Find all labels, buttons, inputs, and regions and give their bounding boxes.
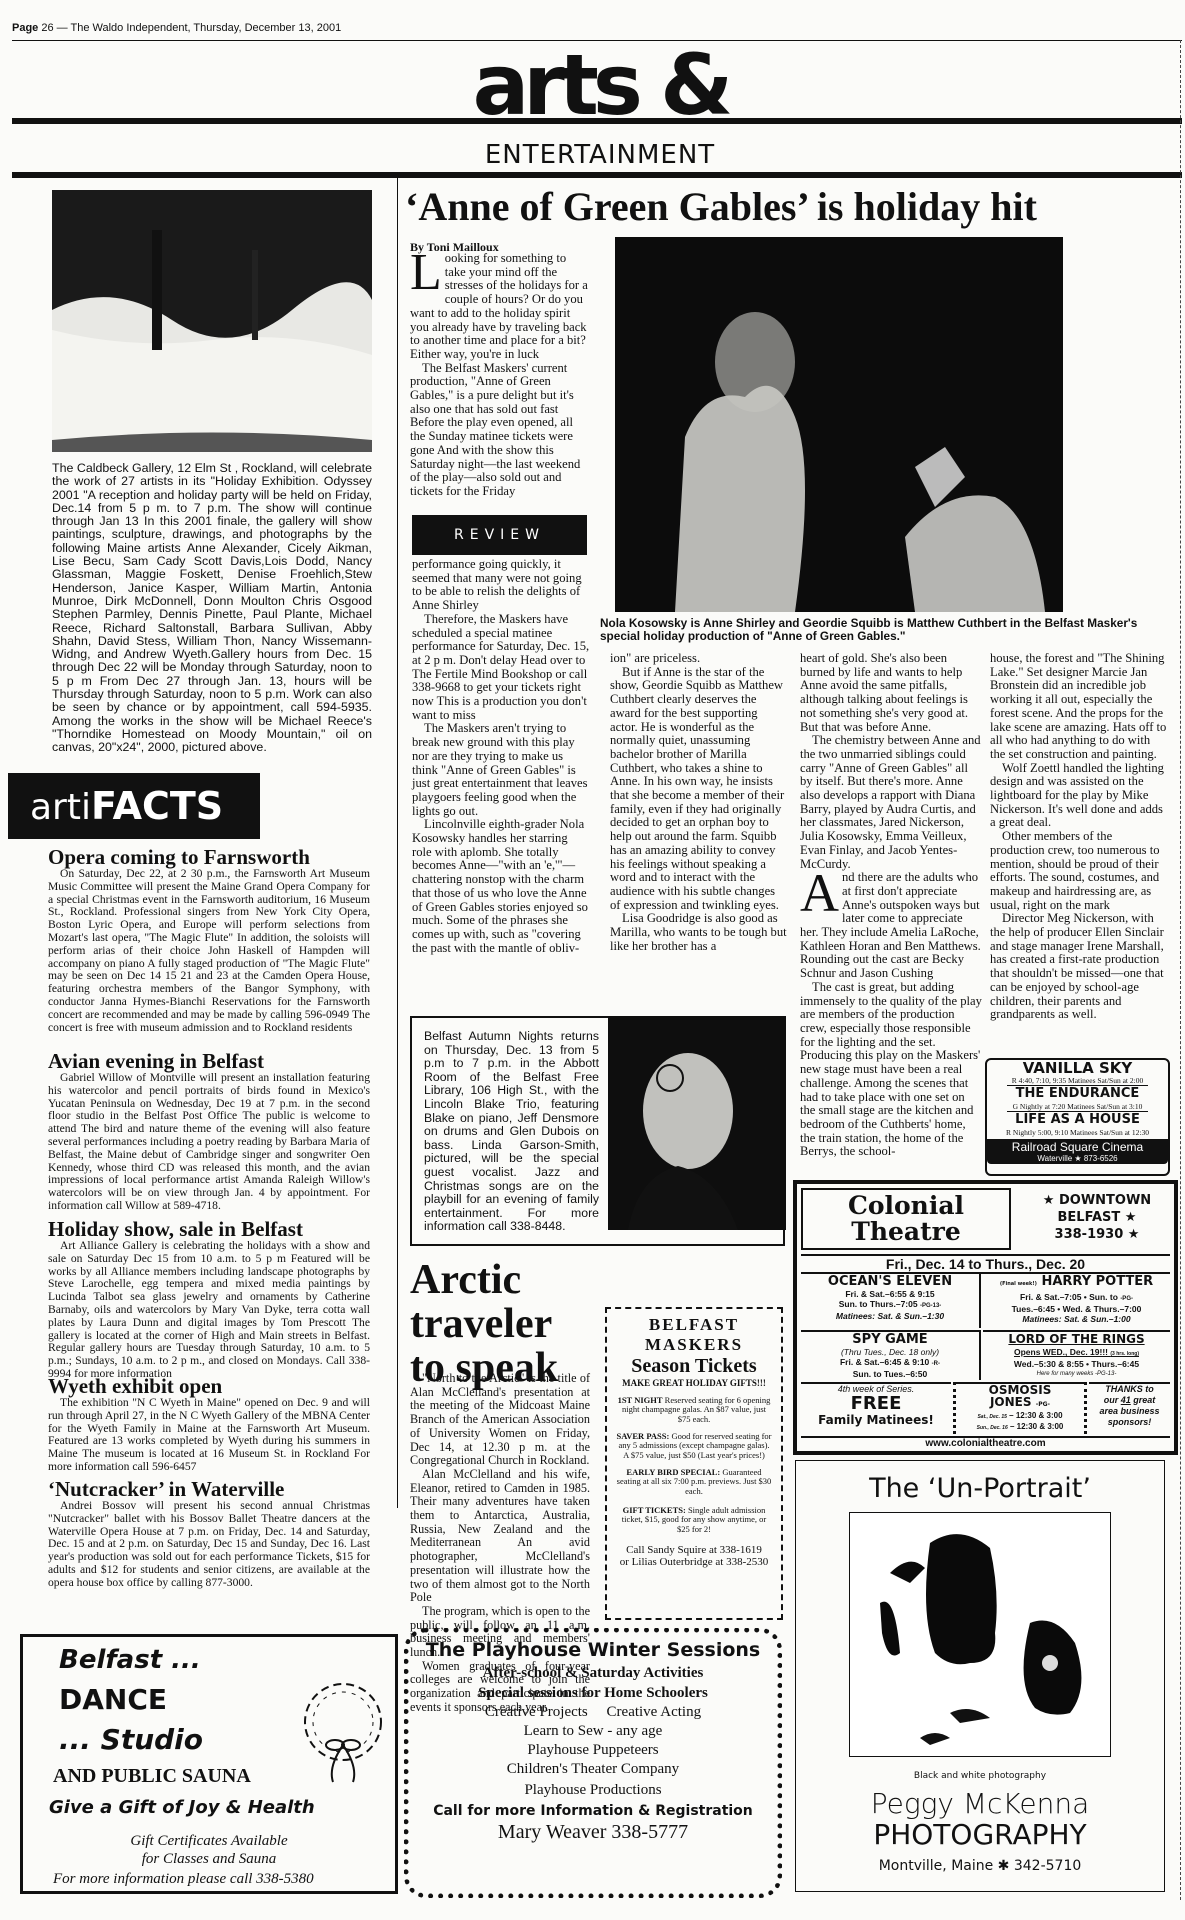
railroad-square-cinema-ad: VANILLA SKY R 4:40, 7:10, 9:35 Matinees …: [985, 1058, 1170, 1176]
anne-paragraph: The Belfast Maskers' current production,…: [410, 362, 588, 499]
artifacts-headline: Holiday show, sale in Belfast: [48, 1218, 370, 1240]
dance-ad-line: for Classes and Sauna: [23, 1851, 395, 1868]
colonial-dates: Fri., Dec. 14 to Thurs., Dec. 20: [801, 1254, 1170, 1274]
artifacts-item: Wyeth exhibit open The exhibition "N C W…: [48, 1375, 370, 1474]
arctic-paragraph: Alan McClelland and his wife, Eleanor, r…: [410, 1468, 590, 1605]
anne-paragraph: Lisa Goodridge is also good as Marilla, …: [610, 912, 788, 953]
playhouse-line: Learn to Sew - any age: [409, 1723, 777, 1740]
artifacts-headline: Opera coming to Farnsworth: [48, 846, 370, 868]
artifacts-body: Andrei Bossov will present his second an…: [48, 1500, 370, 1590]
anne-production-photo: [615, 237, 1063, 612]
maskers-contact: Call Sandy Squire at 338-1619: [607, 1544, 781, 1556]
showing-date: Sat., Dec. 15: [977, 1414, 1006, 1420]
artifacts-headline: Avian evening in Belfast: [48, 1050, 370, 1072]
maskers-offer: GIFT TICKETS: Single adult admission tic…: [615, 1506, 773, 1534]
anne-column-d: house, the forest and "The Shining Lake.…: [990, 652, 1168, 1022]
cinema-name: Railroad Square Cinema: [987, 1140, 1168, 1154]
artifacts-headline: ‘Nutcracker’ in Waterville: [48, 1478, 370, 1500]
masthead-arts: arts &: [450, 40, 750, 130]
downtown-label: DOWNTOWN: [1059, 1193, 1151, 1208]
movie-note: (Thru Tues., Dec. 18 only): [801, 1347, 979, 1357]
artifacts-item: Avian evening in Belfast Gabriel Willow …: [48, 1050, 370, 1213]
dance-ad-line: AND PUBLIC SAUNA: [53, 1765, 251, 1788]
sponsor-count: 41: [1121, 1395, 1131, 1405]
dance-ad-line: For more information please call 338-538…: [53, 1871, 314, 1888]
folio-line: Page 26 — The Waldo Independent, Thursda…: [12, 22, 341, 34]
drop-cap: L: [410, 252, 442, 294]
playhouse-winter-sessions-ad: The Playhouse Winter Sessions After-scho…: [404, 1628, 782, 1898]
movie-times: Fri. & Sat.–6:55 & 9:15: [801, 1289, 979, 1299]
movie-title: VANILLA SKY: [987, 1060, 1168, 1076]
anne-paragraph: The Maskers aren't trying to break new g…: [412, 722, 590, 818]
playhouse-line: Special sessions for Home Schoolers: [409, 1685, 777, 1702]
movie-times: Tues.–6:45 • Wed. & Thurs.–7:00: [983, 1304, 1170, 1314]
maskers-contact: or Lilias Outerbridge at 338-2530: [607, 1556, 781, 1568]
playhouse-line: Playhouse Puppeteers: [409, 1742, 777, 1759]
anne-paragraph: performance going quickly, it seemed tha…: [412, 558, 590, 613]
movie-spy-game: SPY GAME (Thru Tues., Dec. 18 only) Fri.…: [801, 1330, 981, 1380]
movie-times: R Nightly 5:00, 9:10 Matinees Sat/Sun at…: [987, 1128, 1168, 1137]
movie-times: G Nightly at 7:20 Matinees Sat/Sun at 3:…: [1007, 1102, 1148, 1112]
thanks-line: sponsors!: [1089, 1417, 1170, 1428]
star-icon: ★: [1120, 1210, 1136, 1225]
movie-title: HARRY POTTER: [1041, 1274, 1153, 1289]
anne-paragraph: Other members of the production crew, to…: [990, 830, 1168, 912]
movie-title: OCEAN'S ELEVEN: [801, 1274, 979, 1289]
masthead-rule-top: [12, 118, 1182, 124]
movie-title: JONES: [990, 1395, 1032, 1409]
artifacts-item: ‘Nutcracker’ in Waterville Andrei Bossov…: [48, 1478, 370, 1590]
folio-page-label: Page: [12, 22, 38, 34]
playhouse-title: The Playhouse Winter Sessions: [409, 1639, 777, 1661]
review-label: REVIEW: [412, 515, 587, 555]
basset-hound-photo: [849, 1512, 1111, 1757]
photography-label: PHOTOGRAPHY: [796, 1820, 1164, 1850]
arctic-headline-line: traveler: [410, 1302, 558, 1346]
movie-times: R 4:40, 7:10, 9:35 Matinees Sat/Sun at 2…: [1007, 1076, 1148, 1086]
anne-paragraph: Therefore, the Maskers have scheduled a …: [412, 613, 590, 723]
artifacts-banner: artiFACTS: [8, 773, 260, 839]
colonial-name: Colonial: [803, 1193, 1009, 1219]
movie-times: Fri. & Sat.–6:45 & 9:10: [840, 1357, 929, 1367]
downtown-label: BELFAST: [1058, 1210, 1121, 1225]
dance-ad-line: Gift Certificates Available: [23, 1833, 395, 1850]
matinee-label: Family Matinees!: [801, 1413, 951, 1427]
movie-title: LORD OF THE RINGS: [983, 1332, 1170, 1347]
thanks-line: our: [1104, 1395, 1119, 1405]
artifacts-body: Gabriel Willow of Montville will present…: [48, 1072, 370, 1213]
colonial-name: Theatre: [803, 1219, 1009, 1245]
movie-title: LIFE AS A HOUSE: [987, 1112, 1168, 1128]
movie-rating: -PG-: [1120, 1296, 1133, 1302]
movie-rating: -PG-: [1036, 1401, 1050, 1408]
movie-times: Matinees: Sat. & Sun.–1:30: [801, 1311, 979, 1321]
movie-title: THE ENDURANCE: [987, 1086, 1168, 1102]
anne-paragraph: But if Anne is the star of the show, Geo…: [610, 666, 788, 913]
movie-oceans-eleven: OCEAN'S ELEVEN Fri. & Sat.–6:55 & 9:15 S…: [801, 1274, 981, 1328]
folio-text: 26 — The Waldo Independent, Thursday, De…: [41, 22, 341, 34]
dance-ad-line: Belfast ...: [59, 1645, 201, 1675]
movie-times: Sun. to Thurs.–7:05: [839, 1299, 918, 1309]
dance-ad-line: DANCE: [59, 1683, 167, 1716]
anne-column-a-cont: performance going quickly, it seemed tha…: [412, 558, 590, 955]
photographer-name: Peggy McKenna: [796, 1787, 1164, 1820]
anne-paragraph: house, the forest and "The Shining Lake.…: [990, 652, 1168, 762]
artifacts-label-light: arti: [30, 787, 91, 828]
artifacts-item: Opera coming to Farnsworth On Saturday, …: [48, 846, 370, 1034]
matinee-free: FREE: [801, 1394, 951, 1413]
gallery-landscape-photo: [52, 190, 372, 452]
movie-note: (Final week!): [1000, 1281, 1037, 1287]
dance-ad-line: ... Studio: [59, 1723, 203, 1756]
movie-osmosis-jones: OSMOSIS JONES -PG- Sat., Dec. 15 – 12:30…: [953, 1382, 1087, 1434]
maskers-offer: SAVER PASS: Good for reserved seating fo…: [615, 1432, 773, 1460]
playhouse-line: Children's Theater Company: [409, 1761, 777, 1778]
anne-paragraph: Wolf Zoettl handled the lighting design …: [990, 762, 1168, 831]
playhouse-line: After-school & Saturday Activities: [409, 1665, 777, 1682]
peggy-mckenna-photography-ad: The ‘Un-Portrait’ Black and white photog…: [795, 1460, 1165, 1892]
cinema-location: Waterville ★ 873-6526: [987, 1154, 1168, 1163]
playhouse-line: Creative Projects: [485, 1704, 588, 1720]
anne-headline: ‘Anne of Green Gables’ is holiday hit: [405, 184, 965, 230]
showing-date: Sun., Dec. 16: [977, 1425, 1008, 1431]
thanks-line: area business: [1089, 1406, 1170, 1417]
movie-times: Matinees: Sat. & Sun.–1:00: [983, 1314, 1170, 1324]
page-edge-dashed: [1180, 40, 1181, 1900]
movie-opening: Opens WED., Dec. 19!!!: [1014, 1347, 1108, 1357]
artifacts-label-bold: FACTS: [91, 784, 223, 828]
playhouse-line: Playhouse Productions: [409, 1782, 777, 1799]
artifacts-body: Art Alliance Gallery is celebrating the …: [48, 1240, 370, 1381]
anne-column-c: heart of gold. She's also been burned by…: [800, 652, 982, 1159]
unportrait-title: The ‘Un-Portrait’: [796, 1473, 1164, 1504]
autumn-nights-box: Belfast Autumn Nights returns on Thursda…: [410, 1016, 785, 1246]
anne-column-b: ion" are priceless. But if Anne is the s…: [610, 652, 788, 953]
maskers-title: MASKERS: [607, 1335, 781, 1355]
star-icon: ★: [1123, 1227, 1139, 1242]
anne-photo-caption: Nola Kosowsky is Anne Shirley and Geordi…: [600, 617, 1180, 643]
garson-smith-photo: [608, 1016, 786, 1230]
holly-wreath-icon: [288, 1667, 398, 1787]
movie-rating: -PG-13-: [920, 1303, 941, 1309]
free-family-matinees: 4th week of Series. FREE Family Matinees…: [801, 1382, 951, 1434]
movie-times: – 12:30 & 3:00: [1009, 1411, 1062, 1420]
downtown-belfast: ★ DOWNTOWN BELFAST ★ 338-1930 ★: [1022, 1192, 1172, 1243]
playhouse-line: Call for more Information & Registration: [409, 1803, 777, 1819]
thanks-line: THANKS to: [1089, 1384, 1170, 1395]
movie-times: Sun. to Tues.–6:50: [801, 1369, 979, 1379]
gallery-caption: The Caldbeck Gallery, 12 Elm St , Rockla…: [52, 462, 372, 755]
star-icon: ★: [1043, 1193, 1059, 1208]
colonial-logo: Colonial Theatre: [801, 1188, 1011, 1250]
drop-cap: A: [800, 871, 839, 915]
maskers-offer: 1ST NIGHT Reserved seating for 6 opening…: [615, 1396, 773, 1424]
artifacts-body: On Saturday, Dec 22, at 2 30 p.m., the F…: [48, 868, 370, 1034]
maskers-offer: EARLY BIRD SPECIAL: Guaranteed seating a…: [615, 1468, 773, 1496]
movie-times: Fri. & Sat.–7:05 • Sun. to: [1020, 1292, 1118, 1302]
masthead-rule-bottom: [12, 172, 1182, 178]
movie-rating: -PG-13-: [1095, 1371, 1116, 1377]
thanks-line: great: [1133, 1395, 1155, 1405]
colonial-website-link[interactable]: www.colonialtheatre.com: [801, 1436, 1170, 1449]
dance-studio-ad: Belfast ... DANCE ... Studio AND PUBLIC …: [20, 1634, 398, 1894]
artifacts-body: The exhibition "N C Wyeth in Maine" open…: [48, 1397, 370, 1474]
anne-paragraph: The chemistry between Anne and the two u…: [800, 734, 982, 871]
thanks-sponsors: THANKS to our 41 great area business spo…: [1089, 1382, 1170, 1434]
anne-column-a: L ooking for something to take your mind…: [410, 252, 588, 499]
column-divider-1: [397, 178, 398, 1508]
railroad-name-bar: Railroad Square Cinema Waterville ★ 873-…: [987, 1139, 1168, 1164]
autumn-nights-text: Belfast Autumn Nights returns on Thursda…: [424, 1030, 599, 1234]
photo-ad-subtitle: Black and white photography: [796, 1771, 1164, 1781]
anne-paragraph: heart of gold. She's also been burned by…: [800, 652, 982, 734]
arctic-headline-line: Arctic: [410, 1258, 558, 1302]
anne-paragraph: ion" are priceless.: [610, 652, 788, 666]
arctic-paragraph: "North to the Arctic" is the title of Al…: [410, 1372, 590, 1468]
maskers-season-tickets-ad: BELFAST MASKERS Season Tickets MAKE GREA…: [605, 1307, 783, 1620]
playhouse-contact: Mary Weaver 338-5777: [409, 1821, 777, 1844]
colonial-phone: 338-1930: [1055, 1227, 1124, 1242]
playhouse-line: Creative Acting: [607, 1704, 702, 1720]
movie-rating: -R-: [932, 1361, 940, 1367]
colonial-theatre-ad: Colonial Theatre ★ DOWNTOWN BELFAST ★ 33…: [793, 1180, 1178, 1455]
masthead-entertainment: ENTERTAINMENT: [300, 140, 900, 170]
maskers-title: Season Tickets: [607, 1355, 781, 1378]
photo-ad-contact: Montville, Maine ✱ 342-5710: [796, 1858, 1164, 1874]
anne-paragraph: Lincolnville eighth-grader Nola Kosowsky…: [412, 818, 590, 955]
movie-times: Wed.–5:30 & 8:55 • Thurs.–6:45: [983, 1359, 1170, 1369]
artifacts-headline: Wyeth exhibit open: [48, 1375, 370, 1397]
maskers-tagline: MAKE GREAT HOLIDAY GIFTS!!!: [607, 1378, 781, 1388]
movie-note: Here for many weeks: [1037, 1371, 1094, 1377]
dance-ad-line: Give a Gift of Joy & Health: [49, 1797, 315, 1818]
movie-times: – 12:30 & 3:00: [1010, 1422, 1063, 1431]
artifacts-item: Holiday show, sale in Belfast Art Allian…: [48, 1218, 370, 1381]
anne-paragraph: Director Meg Nickerson, with the help of…: [990, 912, 1168, 1022]
movie-title: SPY GAME: [801, 1332, 979, 1347]
maskers-title: BELFAST: [607, 1315, 781, 1335]
movie-note: (3 hrs. long): [1110, 1351, 1139, 1357]
movie-harry-potter: (Final week!) HARRY POTTER Fri. & Sat.–7…: [983, 1274, 1170, 1328]
anne-paragraph: The cast is great, but adding immensely …: [800, 981, 982, 1159]
movie-lord-of-the-rings: LORD OF THE RINGS Opens WED., Dec. 19!!!…: [983, 1330, 1170, 1380]
